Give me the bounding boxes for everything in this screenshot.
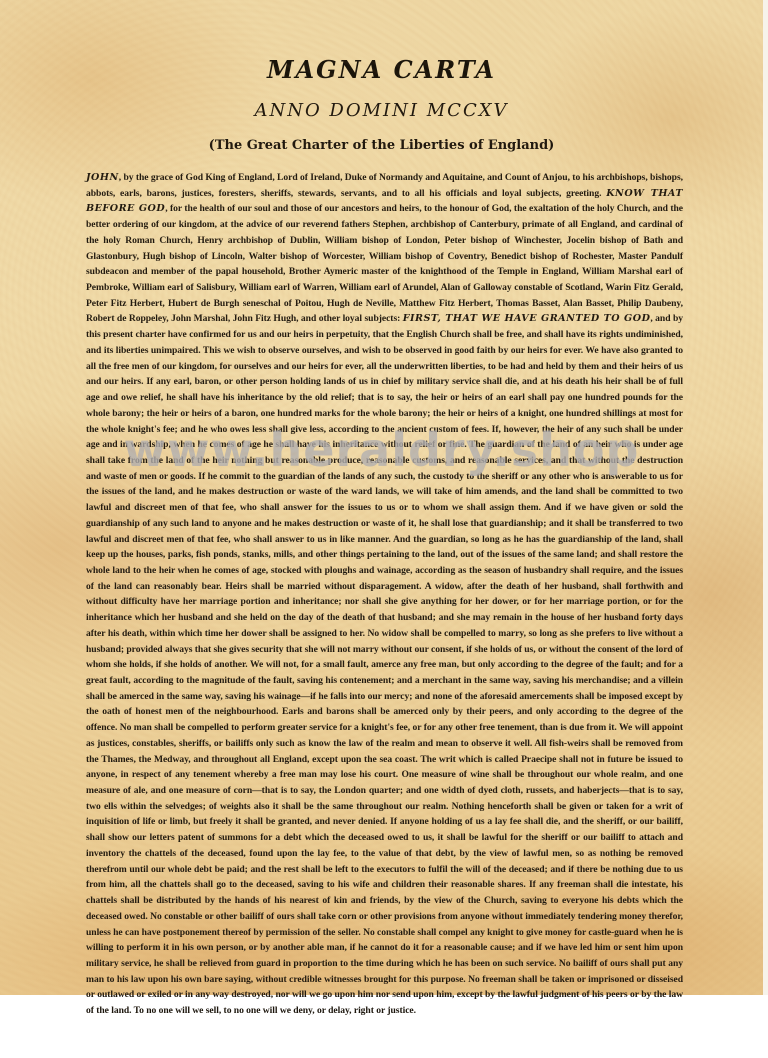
document-subtitle: ANNO DOMINI MCCXV — [0, 100, 763, 121]
body-paragraph-segment: , by the grace of God King of England, L… — [86, 172, 683, 199]
parchment-background: MAGNA CARTA ANNO DOMINI MCCXV (The Great… — [0, 0, 763, 995]
body-paragraph-segment: , for the health of our soul and those o… — [86, 203, 683, 324]
emphasized-phrase: JOHN — [86, 172, 119, 183]
page: MAGNA CARTA ANNO DOMINI MCCXV (The Great… — [0, 0, 768, 1058]
body-paragraph-segment: , and by this present charter have confi… — [86, 313, 683, 1016]
charter-body-text: JOHN, by the grace of God King of Englan… — [86, 170, 683, 1019]
document-title: MAGNA CARTA — [0, 55, 763, 84]
emphasized-phrase: FIRST, THAT WE HAVE GRANTED TO GOD — [403, 313, 651, 324]
document-tagline: (The Great Charter of the Liberties of E… — [0, 138, 763, 153]
page-edge — [763, 0, 768, 995]
